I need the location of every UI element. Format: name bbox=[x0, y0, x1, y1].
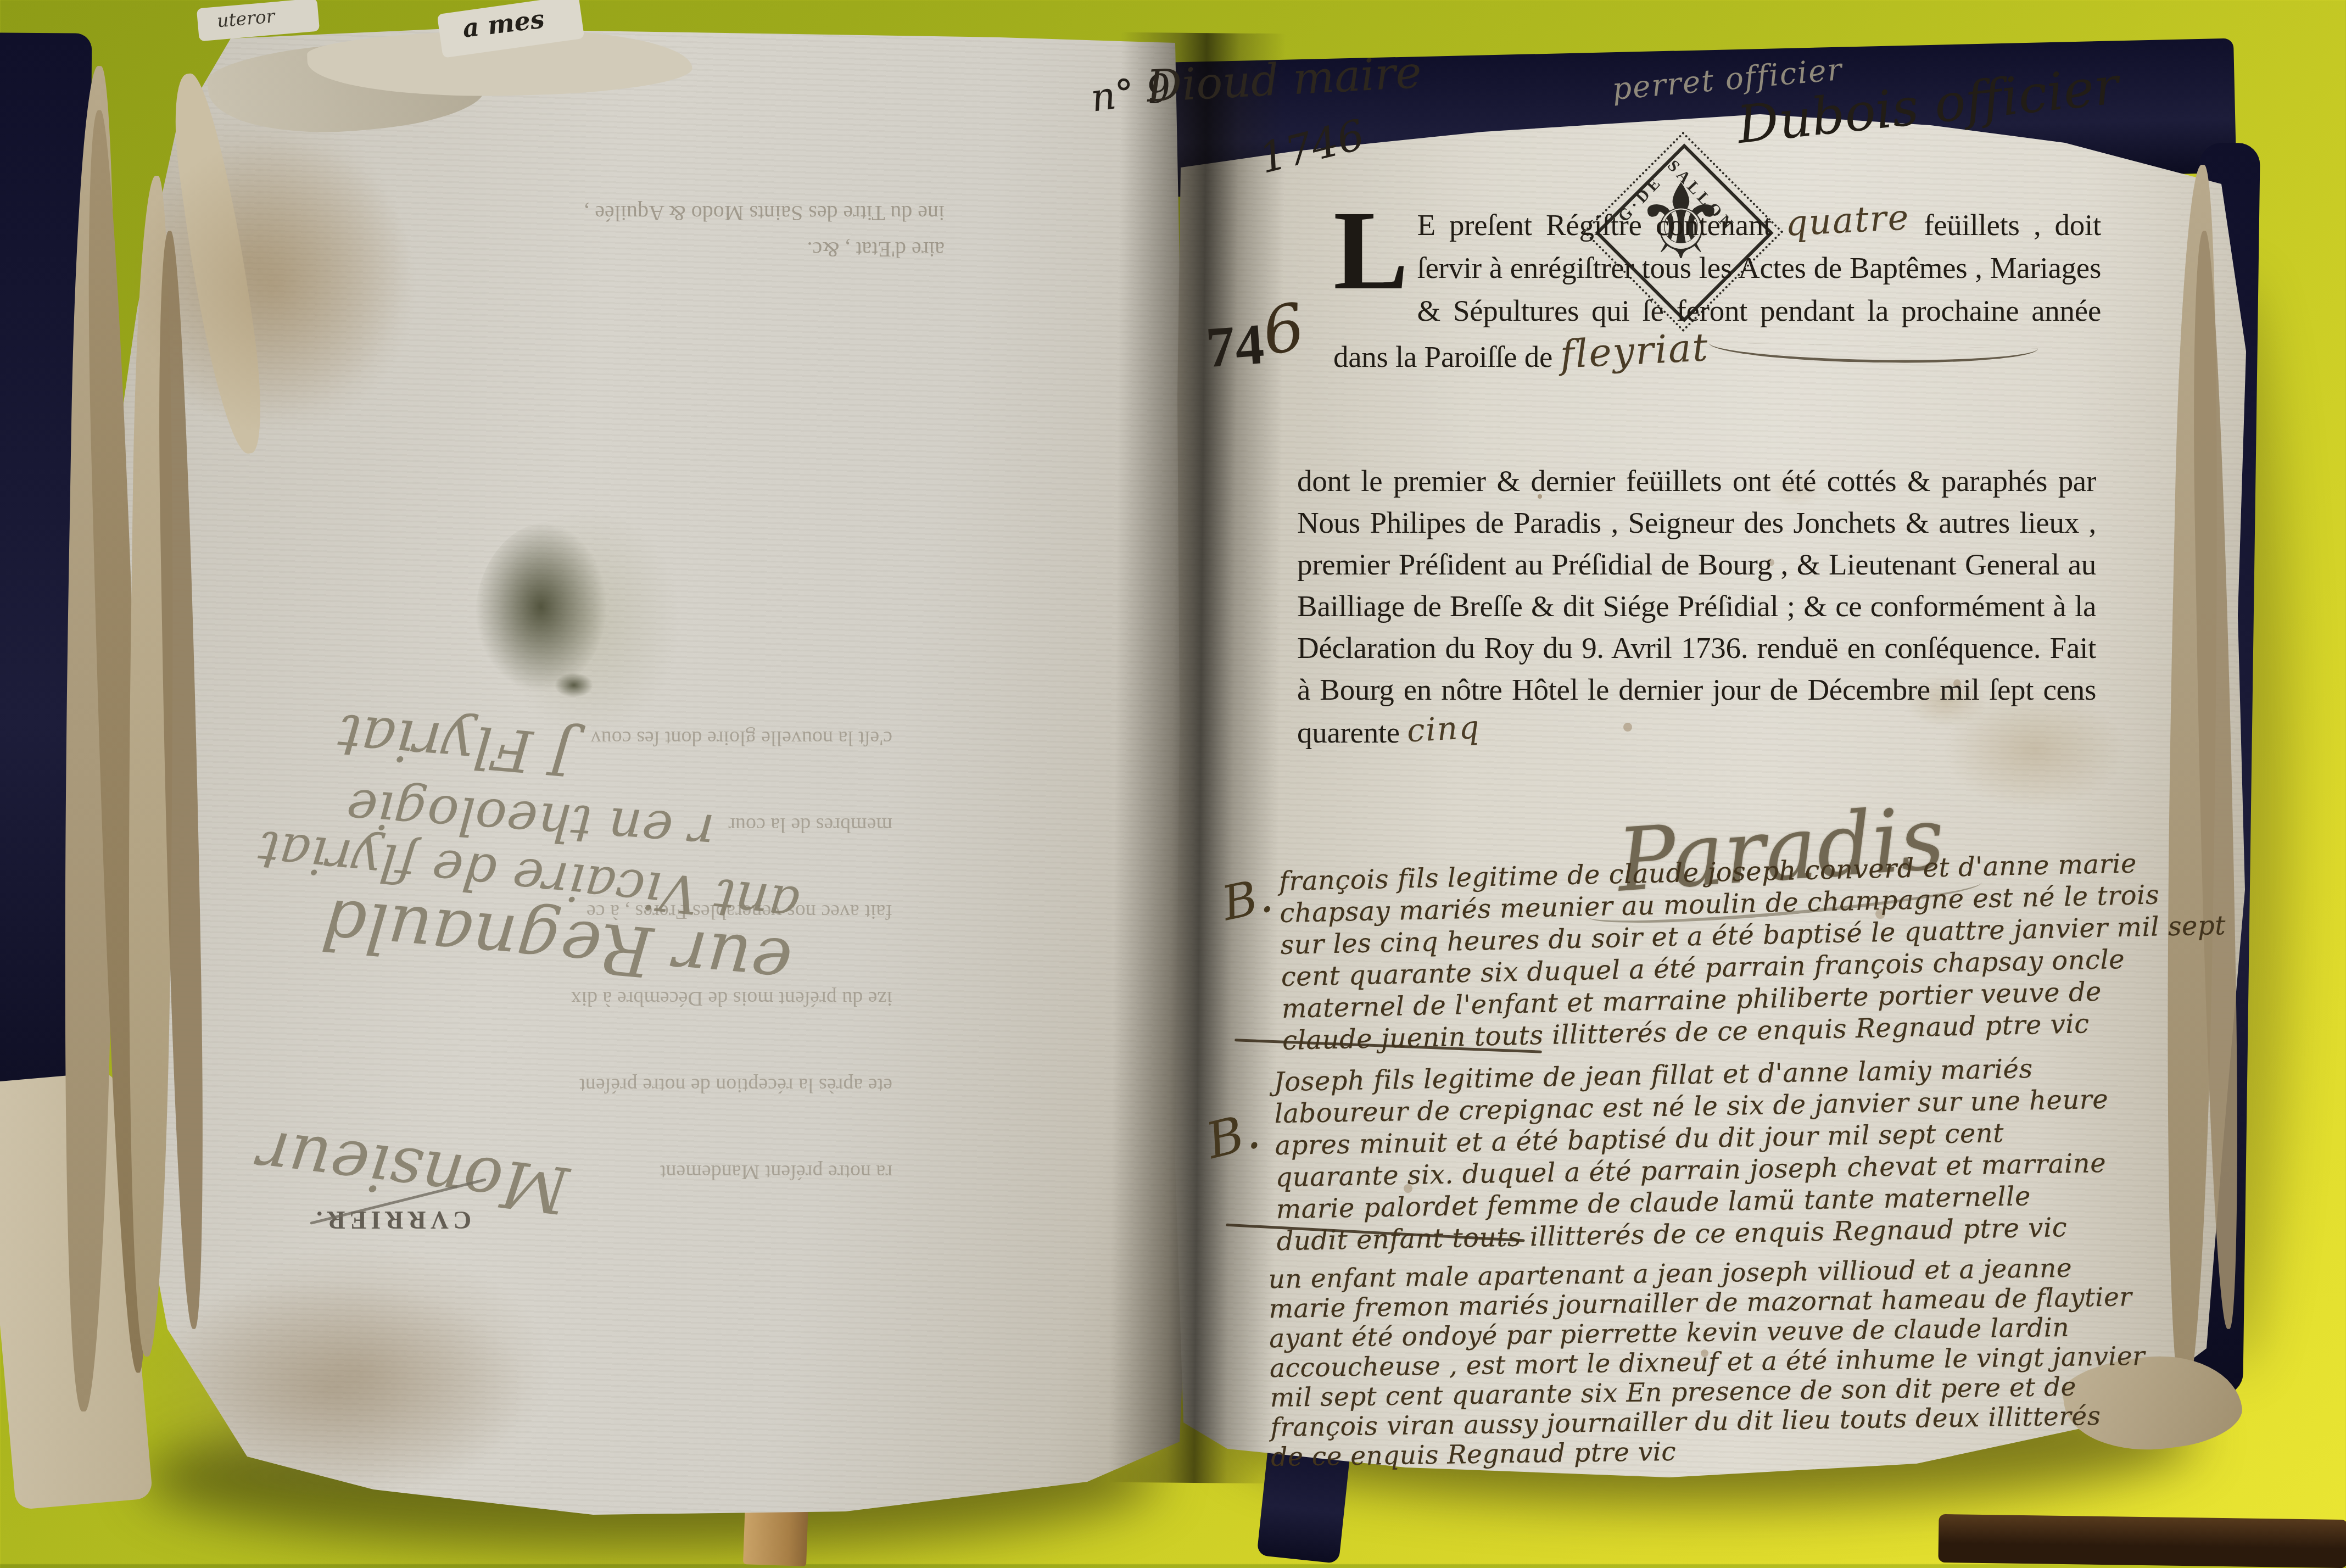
baptism-entry-joseph: Joseph fils legitime de jean fillat et d… bbox=[1273, 1052, 2111, 1257]
dropcap-L: L bbox=[1333, 208, 1408, 294]
ghost-line: ine du Titre des Saints Modo & Aquilée , bbox=[483, 195, 945, 231]
parish-register-photo: uteror a mes ine du Titre des Saints Mod… bbox=[0, 0, 2346, 1564]
folio-number-printed: 74 bbox=[1204, 311, 1266, 380]
baptism-entry-francois: françois fils legitime de claude joseph … bbox=[1279, 846, 2228, 1057]
printed-paragraph-1: LE preſent Régiſtre contenant quatre feü… bbox=[1333, 202, 2101, 378]
handwritten-quatre: quatre bbox=[1784, 196, 1911, 245]
paragraph2-text: dont le premier & dernier feüillets ont … bbox=[1297, 464, 2096, 749]
stain bbox=[132, 137, 417, 434]
paragraph1-text: E preſent Régiſtre contenant bbox=[1417, 208, 1785, 242]
dark-wood-edge bbox=[1938, 1514, 2346, 1564]
printed-paragraph-2: dont le premier & dernier feüillets ont … bbox=[1297, 460, 2096, 754]
imprint-currier: CVRRIER. bbox=[312, 1206, 471, 1235]
handwritten-parish-name: fleyriat bbox=[1559, 326, 1710, 376]
burial-entry-infant: un enfant male apartenant a jean joseph … bbox=[1268, 1253, 2146, 1472]
ghost-line: aire d'Etat , &c. bbox=[483, 231, 945, 267]
handwritten-cinq: cinq bbox=[1406, 706, 1481, 752]
stain bbox=[132, 1280, 527, 1499]
margin-mark-bapteme: B. bbox=[1217, 868, 1277, 932]
ghost-line: ete après la réception de notre préſent bbox=[299, 1042, 892, 1129]
margin-folio-number: 746 bbox=[1203, 300, 1307, 382]
ink-flourish bbox=[1708, 343, 2038, 365]
ghost-print-top: ine du Titre des Saints Modo & Aquilée ,… bbox=[483, 195, 945, 267]
ink-blot bbox=[555, 673, 593, 697]
gutter-shadow bbox=[1108, 32, 1286, 1484]
